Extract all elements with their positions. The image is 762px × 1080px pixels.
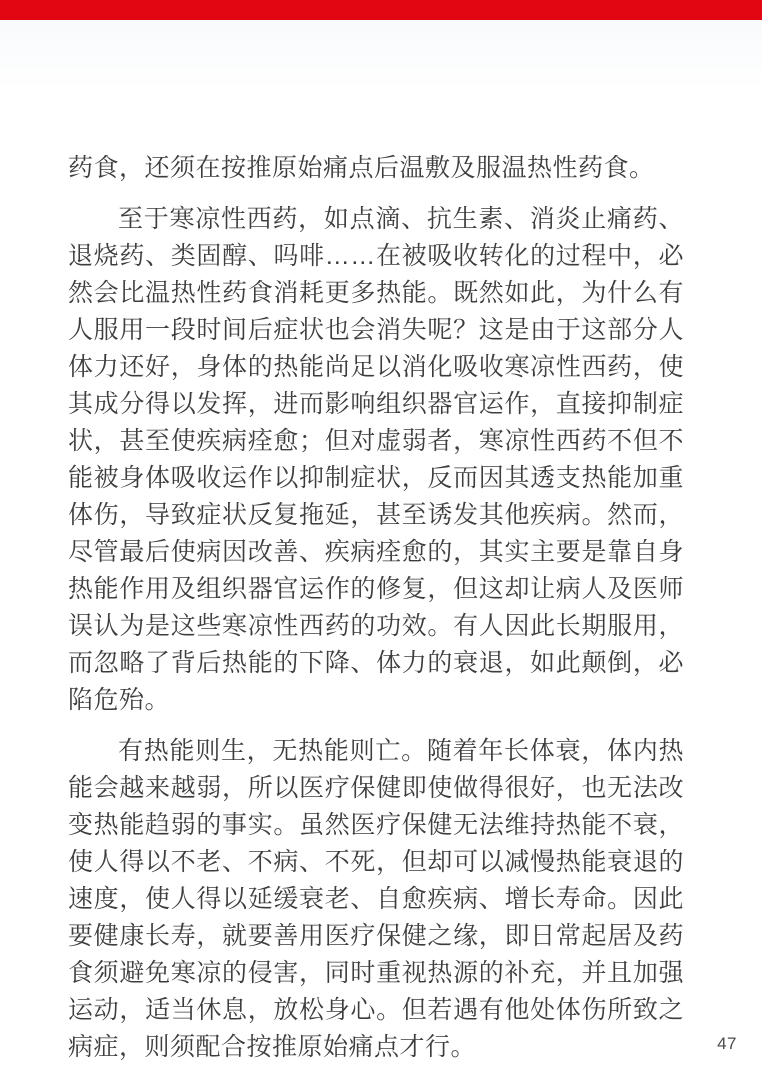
top-red-bar: [0, 0, 762, 20]
paragraph-continuation: 药食，还须在按推原始痛点后温敷及服温热性药食。: [68, 150, 684, 187]
page-number: 47: [717, 1034, 737, 1054]
page-body-text: 药食，还须在按推原始痛点后温敷及服温热性药食。 至于寒凉性西药，如点滴、抗生素、…: [68, 150, 684, 1080]
page-background-sheen: [0, 20, 762, 90]
paragraph-heat-energy-life: 有热能则生，无热能则亡。随着年长体衰，体内热能会越来越弱，所以医疗保健即使做得很…: [68, 733, 684, 1066]
paragraph-cold-western-medicine: 至于寒凉性西药，如点滴、抗生素、消炎止痛药、退烧药、类固醇、吗啡……在被吸收转化…: [68, 201, 684, 719]
top-red-bar-shadow: [0, 20, 762, 26]
